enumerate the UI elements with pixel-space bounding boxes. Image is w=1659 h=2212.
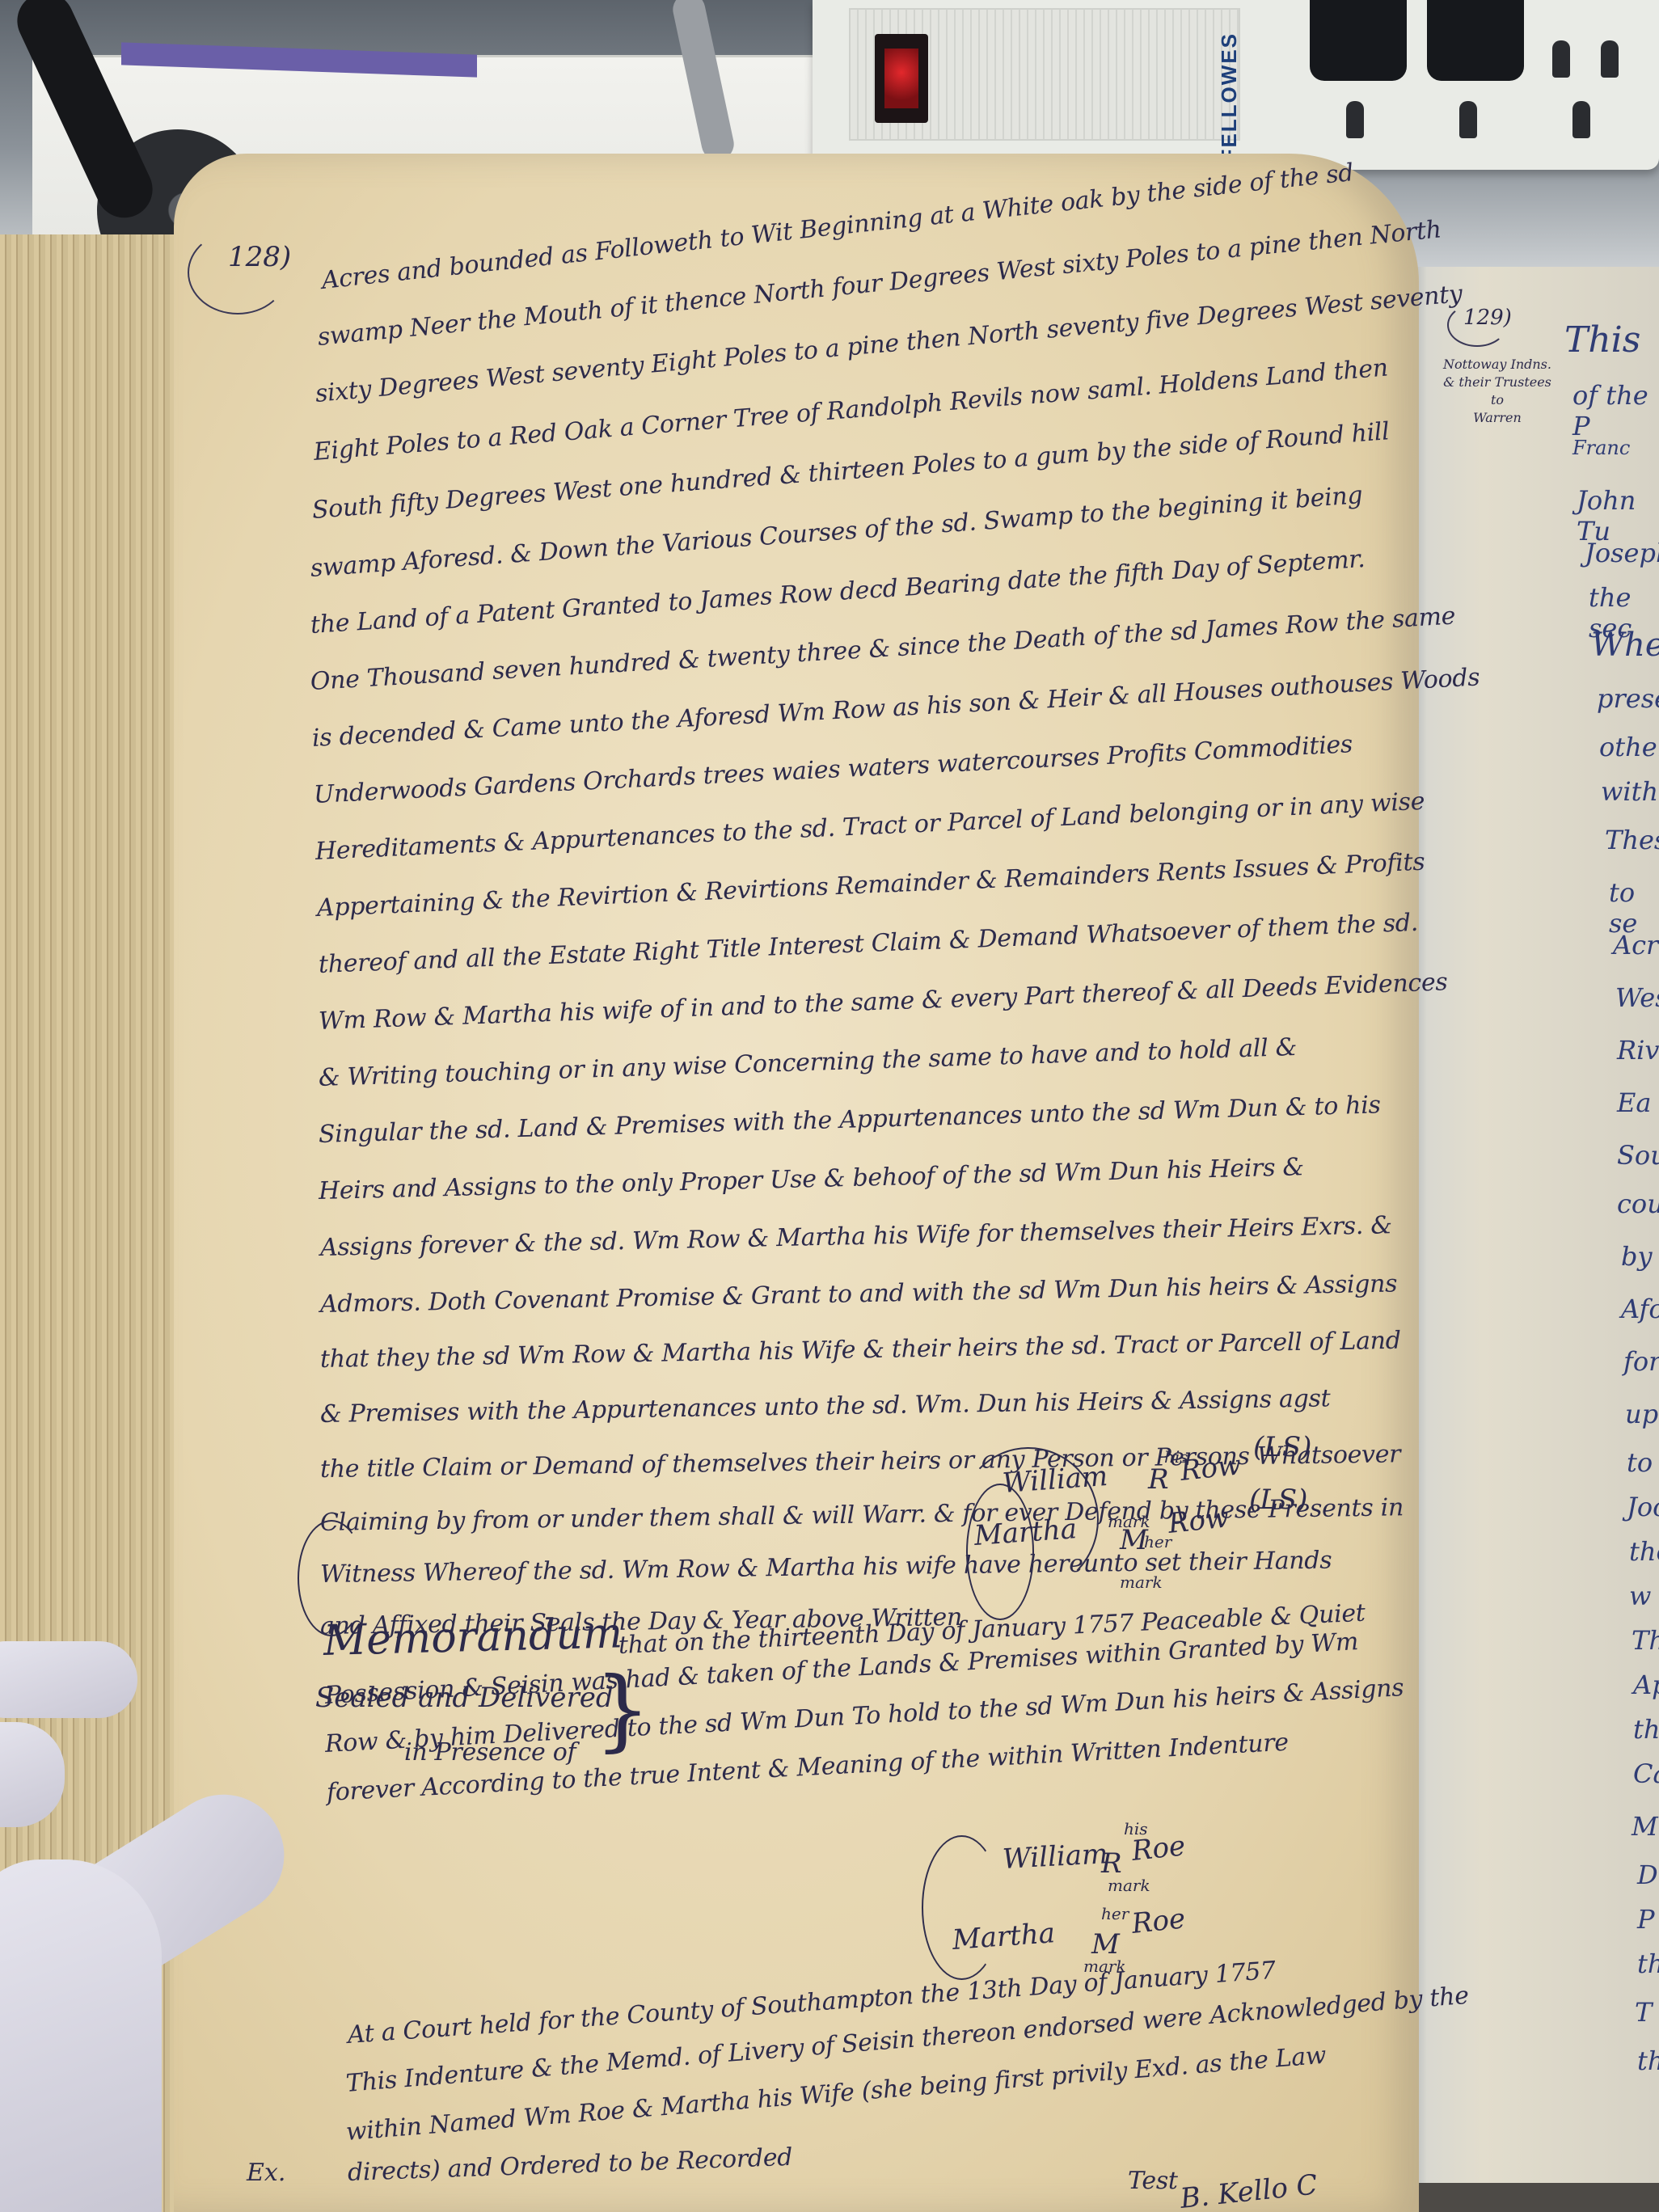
examined-mark: Ex. [247,2159,285,2187]
switch-panel [849,8,1240,141]
margin-note-line: to [1441,391,1554,409]
right-line-start: Joo [1627,1492,1659,1522]
surname-martha: Roe [1130,1902,1187,1940]
right-line-start: Franc [1572,437,1630,459]
her-label: her [1101,1904,1129,1923]
right-line-start: of the P [1572,380,1659,441]
right-line-start: Acre [1613,930,1659,960]
right-line-start: Joseph [1585,538,1659,568]
outlet-icon [1459,101,1477,138]
right-line-start: with [1601,776,1658,807]
right-line-start: This [1564,319,1640,361]
mark-label: mark [1120,1572,1163,1592]
power-switch [875,34,928,123]
right-line-start: T [1635,1997,1652,2028]
right-line-start: Thes [1605,825,1659,855]
right-line-start: Ea [1617,1087,1651,1118]
right-line-start: Afo [1621,1294,1659,1324]
signature-flourish [922,1835,1002,1980]
right-line-start: w [1629,1581,1651,1611]
glove-finger [0,1641,137,1718]
mark-label: mark [1108,1876,1150,1895]
right-line-start: the [1629,1536,1659,1567]
right-line-start: P [1637,1904,1655,1935]
surname-william: Roe [1130,1830,1187,1868]
signature-william: William [1002,1838,1108,1876]
brand-label: FELLOWES [1217,32,1242,162]
power-strip: FELLOWES [813,0,1659,170]
seal-martha: (LS) [1249,1484,1307,1516]
right-line-start: to [1627,1447,1653,1478]
surname-martha: Row [1167,1501,1231,1540]
margin-note-line: Nottoway Indns. [1441,356,1554,374]
glove-palm [0,1860,162,2212]
right-line-start: prese [1597,683,1659,714]
right-line-start: D [1637,1860,1658,1890]
power-lamp-icon [884,49,918,108]
memorandum-heading: Memorandum [323,1609,623,1665]
teste-label: Test [1128,2167,1178,2195]
mark-martha: M [1120,1524,1148,1556]
right-line-start: Ca [1633,1758,1659,1789]
mark-martha: M [1091,1928,1120,1961]
right-line-start: other [1599,732,1659,762]
surname-william: Row [1179,1449,1243,1488]
right-line-start: M [1632,1811,1658,1842]
plug-icon [1427,0,1524,81]
margin-note-line: & their Trustees [1441,374,1554,391]
outlet-icon [1346,101,1364,138]
mark-william: R [1148,1463,1169,1496]
her-label: her [1144,1532,1171,1551]
right-line-start: for [1623,1346,1659,1377]
right-line-start: th [1633,1714,1659,1745]
right-page-number: 129) [1463,306,1512,330]
seal-william: (LS) [1253,1431,1311,1463]
outlet-icon [1572,101,1590,138]
right-line-start: Ap [1633,1670,1659,1700]
right-line-start: Th [1632,1625,1659,1656]
outlet-icon [1552,40,1570,78]
right-line-start: Riv [1617,1035,1659,1066]
right-line-start: cou [1617,1188,1659,1219]
right-line-start: upo [1625,1399,1659,1429]
plug-icon [1310,0,1407,81]
mark-william: R [1101,1847,1122,1880]
right-line-start: by [1621,1241,1653,1272]
right-line-start: th [1637,2045,1659,2076]
margin-note-line: Warren [1441,409,1554,427]
outlet-icon [1601,40,1619,78]
right-line-start: Wes [1615,982,1659,1013]
margin-note: Nottoway Indns. & their Trustees to Warr… [1441,356,1554,427]
table-shadow [1407,2183,1659,2212]
right-line-start: Sou [1617,1140,1659,1171]
right-line-start: th [1637,1948,1659,1979]
right-line-start: Whe [1591,627,1659,664]
page-number: 128) [228,241,291,273]
